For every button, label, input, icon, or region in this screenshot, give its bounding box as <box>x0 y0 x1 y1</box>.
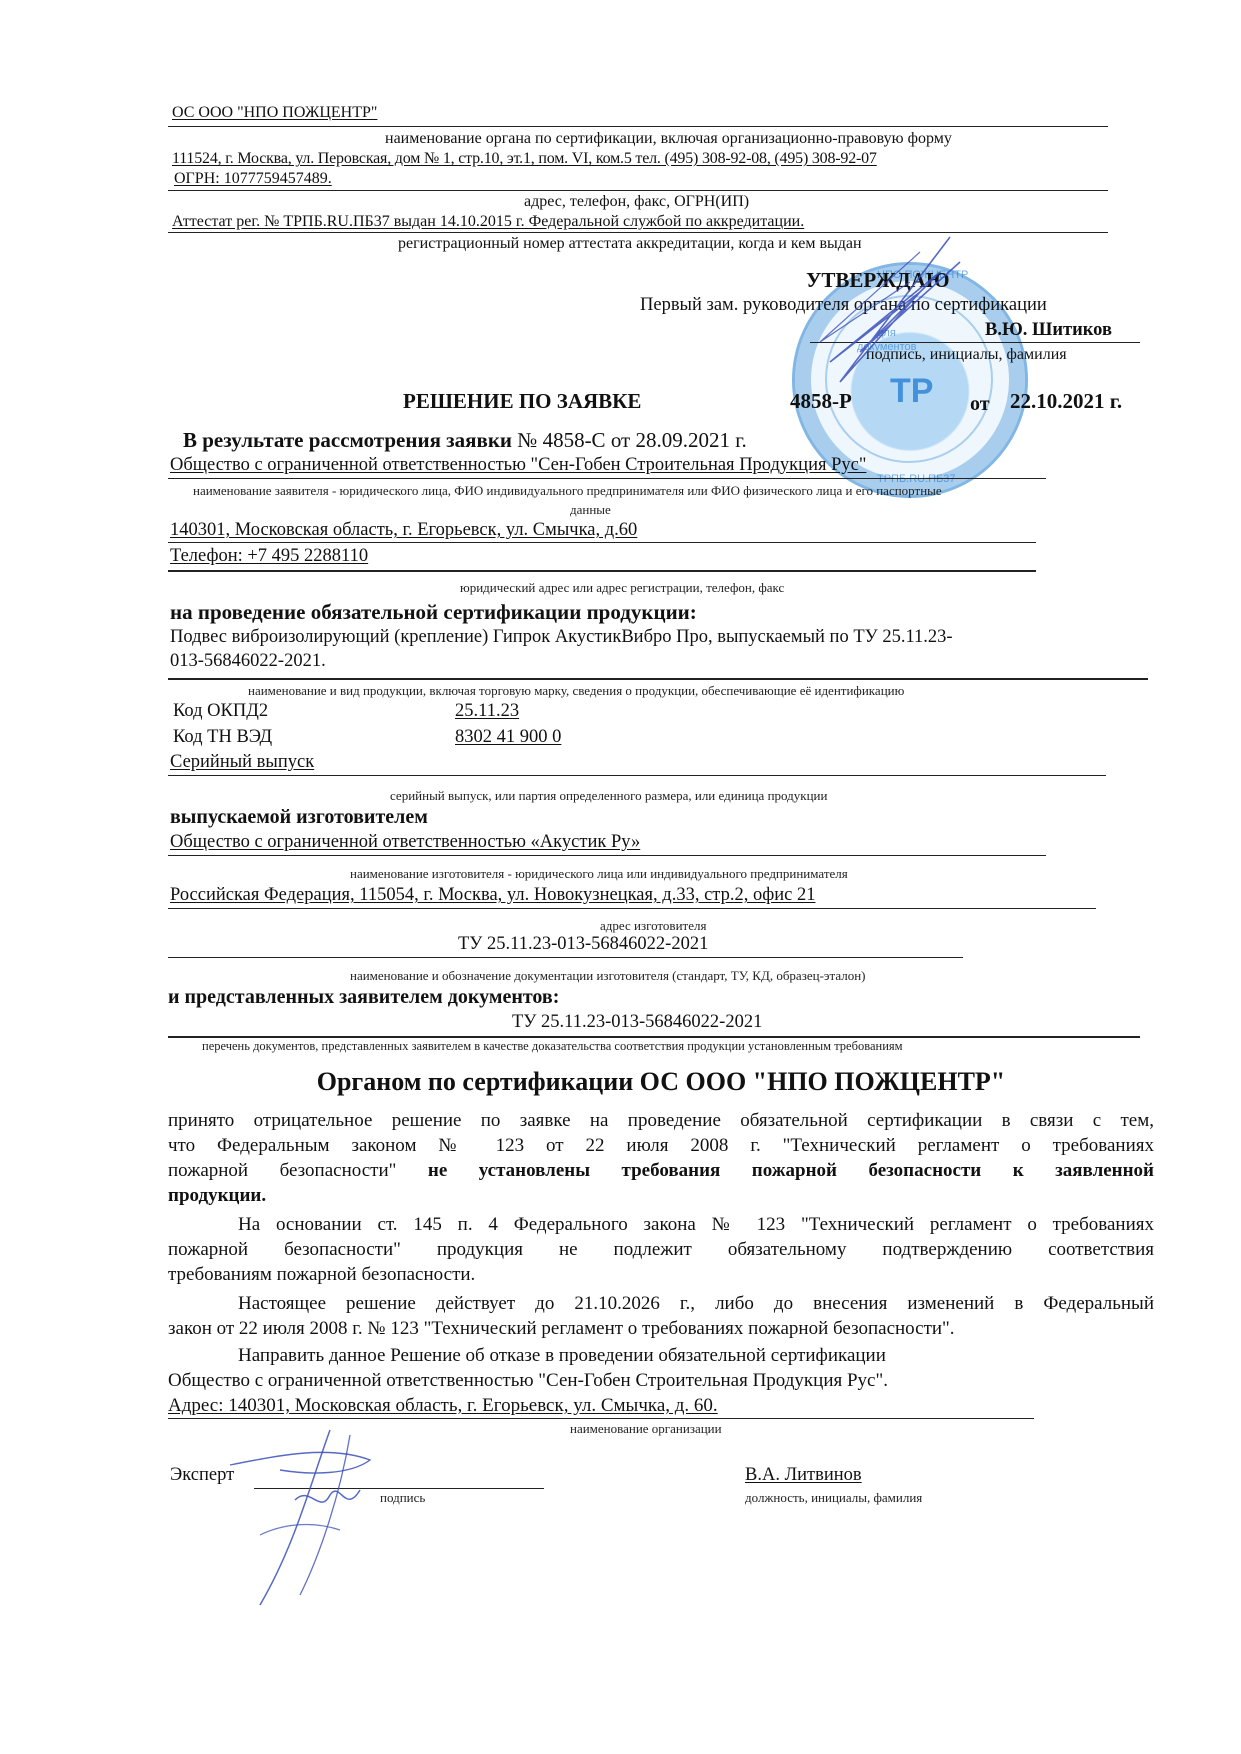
application-number: № 4858-С от 28.09.2021 г. <box>517 428 746 452</box>
p2-line-3: требованиям пожарной безопасности. <box>168 1262 1154 1287</box>
recipient-address: Адрес: 140301, Московская область, г. Ег… <box>168 1393 1154 1418</box>
attestat-caption: регистрационный номер аттестата аккредит… <box>398 235 862 253</box>
org-caption: наименование организации <box>570 1421 722 1437</box>
submitted-caption: перечень документов, представленных заяв… <box>202 1039 903 1054</box>
submitted-docs: ТУ 25.11.23-013-56846022-2021 <box>512 1012 762 1033</box>
certification-body-ogrn: ОГРН: 1077759457489. <box>174 170 332 188</box>
divider <box>168 570 1036 572</box>
decision-number: 4858-Р <box>790 389 852 414</box>
p2-line-1: На основании ст. 145 п. 4 Федерального з… <box>238 1212 1154 1237</box>
code-okpd2-label: Код ОКПД2 <box>173 701 268 722</box>
approval-title: УТВЕРЖДАЮ <box>806 268 950 293</box>
sign-caption: подпись <box>380 1490 425 1506</box>
divider <box>168 1418 1034 1419</box>
divider <box>168 126 1108 127</box>
approval-sign-line <box>810 342 1140 343</box>
address-caption: адрес, телефон, факс, ОГРН(ИП) <box>524 193 749 211</box>
p4-line-2: Общество с ограниченной ответственностью… <box>168 1368 1154 1393</box>
stamp-inner-ring <box>825 295 993 463</box>
applicant-address: 140301, Московская область, г. Егорьевск… <box>170 520 637 541</box>
code-tnved-label: Код ТН ВЭД <box>173 727 272 748</box>
manufacturer-heading: выпускаемой изготовителем <box>170 806 428 829</box>
divider <box>168 478 1046 479</box>
divider <box>168 775 1106 776</box>
p2-line-2: пожарной безопасности" продукция не подл… <box>168 1237 1154 1262</box>
applicant-address-caption: юридический адрес или адрес регистрации,… <box>460 580 784 596</box>
application-intro-bold: В результате рассмотрения заявки <box>183 428 512 452</box>
divider <box>168 1036 1140 1038</box>
manufacturer-docs: ТУ 25.11.23-013-56846022-2021 <box>458 934 708 955</box>
applicant-name: Общество с ограниченной ответственностью… <box>170 455 866 476</box>
divider <box>168 678 1148 680</box>
stamp-center-text-1: для <box>877 327 896 339</box>
expert-name-caption: должность, инициалы, фамилия <box>745 1490 922 1506</box>
authority-heading: Органом по сертификации ОС ООО "НПО ПОЖЦ… <box>168 1067 1154 1097</box>
divider <box>168 957 963 958</box>
expert-name: В.А. Литвинов <box>745 1465 862 1486</box>
p1-line-4: продукции. <box>168 1183 1154 1208</box>
divider <box>168 542 1036 543</box>
release-caption: серийный выпуск, или партия определенног… <box>390 788 827 804</box>
certification-body-caption: наименование органа по сертификации, вкл… <box>385 130 952 148</box>
expert-signature-icon <box>200 1425 400 1615</box>
p1-line-1: принято отрицательное решение по заявке … <box>168 1108 1154 1133</box>
application-intro: В результате рассмотрения заявки № 4858-… <box>183 428 747 453</box>
manufacturer-name: Общество с ограниченной ответственностью… <box>170 832 640 853</box>
code-okpd2-value: 25.11.23 <box>455 701 519 722</box>
decision-title: РЕШЕНИЕ ПО ЗАЯВКЕ <box>403 389 641 414</box>
p1-line-3: пожарной безопасности" не установлены тр… <box>168 1158 1154 1183</box>
divider <box>168 908 1096 909</box>
applicant-phone: Телефон: +7 495 2288110 <box>170 546 368 567</box>
expert-label: Эксперт <box>170 1465 234 1486</box>
product-heading: на проведение обязательной сертификации … <box>170 600 697 625</box>
submitted-heading: и представленных заявителем документов: <box>168 986 559 1009</box>
manufacturer-address: Российская Федерация, 115054, г. Москва,… <box>170 885 815 906</box>
applicant-caption-2: данные <box>570 502 611 518</box>
p1-line-2: что Федеральным законом № 123 от 22 июля… <box>168 1133 1154 1158</box>
p4-line-1: Направить данное Решение об отказе в про… <box>238 1343 1224 1368</box>
expert-sign-line <box>254 1488 544 1489</box>
code-tnved-value: 8302 41 900 0 <box>455 727 561 748</box>
divider <box>168 855 1046 856</box>
decision-date-prefix: от <box>970 393 990 416</box>
divider <box>168 232 1108 233</box>
product-description-line-2: 013-56846022-2021. <box>170 651 326 672</box>
certification-body-address: 111524, г. Москва, ул. Перовская, дом № … <box>172 150 877 168</box>
approver-name: В.Ю. Шитиков <box>985 320 1112 341</box>
p3-line-1: Настоящее решение действует до 21.10.202… <box>238 1291 1154 1316</box>
divider <box>168 190 1108 191</box>
manufacturer-docs-caption: наименование и обозначение документации … <box>350 968 865 984</box>
release-type: Серийный выпуск <box>170 752 314 773</box>
approval-position: Первый зам. руководителя органа по серти… <box>640 295 1047 316</box>
decision-date: 22.10.2021 г. <box>1010 389 1122 414</box>
product-description-line-1: Подвес виброизолирующий (крепление) Гипр… <box>170 627 953 648</box>
p3-line-2: закон от 22 июля 2008 г. № 123 "Техничес… <box>168 1316 1154 1341</box>
p1-line-3-bold: не установлены требования пожарной безоп… <box>428 1160 1154 1181</box>
p1-line-3-normal: пожарной безопасности" <box>168 1160 396 1181</box>
stamp-logo-icon: ТР <box>890 372 933 411</box>
certification-body-name: ОС ООО "НПО ПОЖЦЕНТР" <box>172 104 377 122</box>
manufacturer-name-caption: наименование изготовителя - юридического… <box>350 866 848 882</box>
product-caption: наименование и вид продукции, включая то… <box>248 683 904 699</box>
accreditation-attestat: Аттестат рег. № ТРПБ.RU.ПБ37 выдан 14.10… <box>172 213 804 231</box>
applicant-caption: наименование заявителя - юридического ли… <box>193 483 942 499</box>
manufacturer-address-caption: адрес изготовителя <box>600 918 706 934</box>
approval-caption: подпись, инициалы, фамилия <box>866 346 1067 364</box>
